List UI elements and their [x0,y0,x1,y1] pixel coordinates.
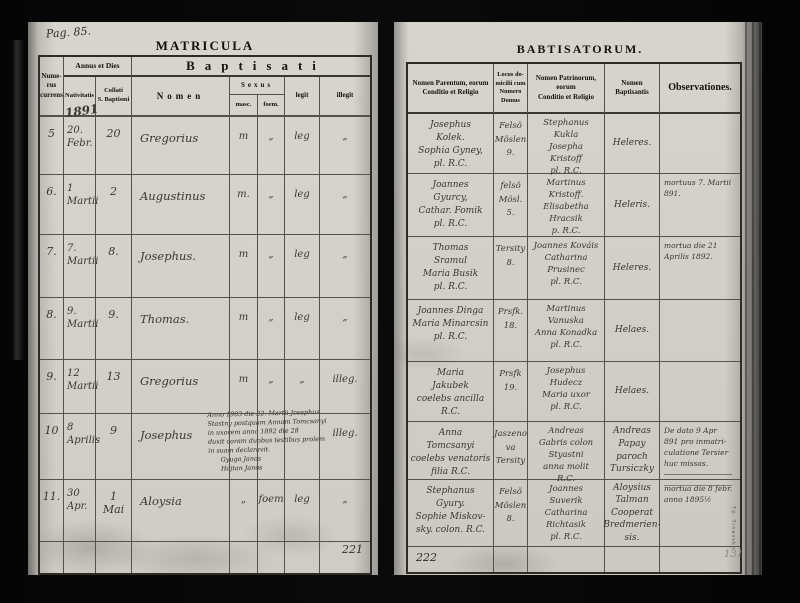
header-legit: legit [285,77,320,117]
book-spine-shadow [12,40,24,360]
rgrid-row-7-obs: mortua die 8 febr. anno 1895½ [660,480,740,547]
lgrid-row-4-illegit: „ [320,298,370,360]
rgrid-row-1-locus: Felsö Möslen 9. [494,114,528,174]
rgrid-row-3-patrini: Joannes Kováis Catharina Prusinec pl. R.… [528,237,605,300]
lgrid-row-1-legit: leg [285,117,320,175]
lgrid-row-3-num: 7. [40,235,64,298]
lgrid-empty-cell [96,542,132,573]
header-illegit: illegit [320,77,370,117]
rgrid-row-6-patrini: Andreas Gabris colon Styastni anna molit… [528,422,605,480]
lgrid-row-7-bapt: 1 Mai [96,480,132,542]
lgrid-row-5-num: 9. [40,360,64,414]
lgrid-row-5-illegit: illeg. [320,360,370,414]
lgrid-row-1-illegit: „ [320,117,370,175]
lgrid-row-7-legit: leg [285,480,320,542]
header-foem: foem. [258,95,285,117]
right-page-title: BABTISATORUM. [500,42,660,57]
lgrid-row-1-bapt: 20 [96,117,132,175]
rgrid-row-6-obs: De dato 9 Apr 891 pro inmatri- culatione… [660,422,740,480]
lgrid-row-3-legit: leg [285,235,320,298]
rgrid-row-1-parents: Josephus Kolek. Sophia Gyney, pl. R.C. [408,114,494,174]
lgrid-row-2-foem: „ [258,175,285,235]
lgrid-row-2-masc: m. [230,175,258,235]
baptisati-table: Nume- rus currens Annus et Dies Baptisat… [38,55,372,575]
rgrid-row-5-obs [660,362,740,422]
lgrid-row-2-nativ: 1 Martii [64,175,96,235]
rgrid-row-5-baptisans: Helaes. [605,362,660,422]
rgrid-row-6-locus: Jaszeno va Tersity [494,422,528,480]
lgrid-row-3-foem: „ [258,235,285,298]
rgrid-row-2-parents: Joannes Gyurcy, Cathar. Fomik pl. R.C. [408,174,494,237]
rgrid-row-7-patrini: Joannes Suverik Catharina Richtasik pl. … [528,480,605,547]
left-page-title: MATRICULA [130,38,280,54]
lgrid-empty-cell [64,542,96,573]
page-label-handwritten: Pag. 85. [46,24,92,40]
lgrid-row-7-masc: „ [230,480,258,542]
lgrid-row-6-masc [230,414,258,480]
lgrid-row-3-nativ: 7. Martii [64,235,96,298]
lgrid-row-6-bapt: 9 [96,414,132,480]
register-scan: Pag. 85. MATRICULA Nume- rus currens Ann… [0,0,800,603]
rgrid-row-3-locus: Tersity 8. [494,237,528,300]
rgrid-empty-cell [494,547,528,572]
header-masc: masc. [230,95,258,117]
rgrid-row-1-baptisans: Heleres. [605,114,660,174]
lgrid-row-4-nativ: 9. Martii [64,298,96,360]
lgrid-row-7-illegit: „ [320,480,370,542]
lgrid-row-7-nativ: 30 Apr. [64,480,96,542]
lgrid-row-6-nomen: Josephus [132,414,230,480]
rgrid-row-3-parents: Thomas Sramul Maria Busik pl. R.C. [408,237,494,300]
rgrid-row-7-baptisans: Aloysius Talman Cooperat Bredmerien- sis… [605,480,660,547]
lgrid-row-3-bapt: 8. [96,235,132,298]
rgrid-row-7-locus: Felsö Möslen 8. [494,480,528,547]
rgrid-row-2-obs: mortuus 7. Martii 891. [660,174,740,237]
lgrid-row-1-nativ: 20. Febr. [64,117,96,175]
rgrid-empty-cell [528,547,605,572]
lgrid-empty-cell [230,542,258,573]
lgrid-row-4-nomen: Thomas. [132,298,230,360]
header-annus-dies: Annus et Dies [64,57,132,77]
lgrid-row-4-foem: „ [258,298,285,360]
header-sexus: Sexus [230,77,285,95]
lgrid-row-7-foem: foem [258,480,285,542]
lgrid-row-2-bapt: 2 [96,175,132,235]
rgrid-row-2-baptisans: Heleris. [605,174,660,237]
left-page-number: 221 [342,543,363,556]
lgrid-row-2-num: 6. [40,175,64,235]
rgrid-row-4-baptisans: Helaes. [605,300,660,362]
lgrid-empty-cell [132,542,230,573]
printer-stamp-vertical: Tp. Trnavska [730,506,736,568]
right-page-number: 222 [416,551,437,564]
rgrid-row-5-patrini: Josephus Hudecz Maria uxor pl. R.C. [528,362,605,422]
lgrid-row-4-num: 8. [40,298,64,360]
lgrid-row-4-masc: m [230,298,258,360]
lgrid-row-7-num: 11. [40,480,64,542]
page-curl-shadow [742,22,762,575]
header-patrini: Nomen Patrinorum, eorum Conditio et Reli… [528,64,605,114]
lgrid-row-5-nativ: 12 Martii [64,360,96,414]
lgrid-row-6-num: 10 [40,414,64,480]
lgrid-row-3-masc: m [230,235,258,298]
lgrid-row-5-nomen: Gregorius [132,360,230,414]
lgrid-row-2-legit: leg [285,175,320,235]
rgrid-row-3-obs: mortua die 21 Aprilis 1892. [660,237,740,300]
rgrid-row-1-patrini: Stephanus Kukla Josepha Kristoff pl. R.C… [528,114,605,174]
header-parentes: Nomen Parentum, eorum Conditio et Religi… [408,64,494,114]
lgrid-row-2-nomen: Augustinus [132,175,230,235]
lgrid-empty-cell [40,542,64,573]
lgrid-row-6-legit [285,414,320,480]
lgrid-row-7-nomen: Aloysia [132,480,230,542]
lgrid-row-1-nomen: Gregorius [132,117,230,175]
rgrid-row-4-patrini: Martinus Vanuska Anna Konadka pl. R.C. [528,300,605,362]
header-locus: Locus do- micilii cum Numero Domus [494,64,528,114]
rgrid-row-7-parents: Stephanus Gyury. Sophie Miskov- sky. col… [408,480,494,547]
lgrid-row-2-illegit: „ [320,175,370,235]
rgrid-row-6-parents: Anna Tomcsanyi coelebs venatoris filia R… [408,422,494,480]
lgrid-row-6-illegit: illeg. [320,414,370,480]
baptisatorum-table: Nomen Parentum, eorum Conditio et Religi… [406,62,742,574]
lgrid-empty-cell [285,542,320,573]
header-nativitatis: Nativitatis 1891 [64,77,96,117]
lgrid-row-3-nomen: Josephus. [132,235,230,298]
lgrid-row-5-masc: m [230,360,258,414]
header-baptisans: Nomen Baptisantis [605,64,660,114]
lgrid-row-5-legit: „ [285,360,320,414]
header-collati: Collati S. Baptismi [96,77,132,117]
rgrid-row-4-obs [660,300,740,362]
rgrid-row-5-parents: Maria Jakubek coelebs ancilla R.C. [408,362,494,422]
header-baptisati: Baptisati [132,57,370,77]
lgrid-row-1-masc: m [230,117,258,175]
rgrid-row-1-obs [660,114,740,174]
lgrid-empty-cell [258,542,285,573]
lgrid-row-6-nativ: 8 Aprilis [64,414,96,480]
header-nomen: Nomen [132,77,230,117]
left-page: Pag. 85. MATRICULA Nume- rus currens Ann… [28,22,378,575]
lgrid-row-5-bapt: 13 [96,360,132,414]
lgrid-row-4-bapt: 9. [96,298,132,360]
rgrid-row-3-baptisans: Heleres. [605,237,660,300]
lgrid-row-5-foem: „ [258,360,285,414]
lgrid-row-3-illegit: „ [320,235,370,298]
rgrid-row-2-locus: felsö Mösl. 5. [494,174,528,237]
rgrid-row-2-patrini: Martinus Kristoff. Elisabetha Hracsik p.… [528,174,605,237]
header-observationes: Observationes. [660,64,740,114]
nativitatis-label: Nativitatis [65,92,94,101]
header-numerus: Nume- rus currens [40,57,64,117]
lgrid-row-6-foem [258,414,285,480]
rgrid-row-4-parents: Joannes Dinga Maria Minarcsin pl. R.C. [408,300,494,362]
lgrid-row-1-num: 5 [40,117,64,175]
rgrid-row-6-baptisans: Andreas Papay paroch Tursiczky [605,422,660,480]
rgrid-row-4-locus: Prsfk. 18. [494,300,528,362]
right-page: BABTISATORUM. Nomen Parentum, eorum Cond… [394,22,762,575]
rgrid-empty-cell [605,547,660,572]
rgrid-row-5-locus: Prsfk 19. [494,362,528,422]
lgrid-row-1-foem: „ [258,117,285,175]
lgrid-row-4-legit: leg [285,298,320,360]
